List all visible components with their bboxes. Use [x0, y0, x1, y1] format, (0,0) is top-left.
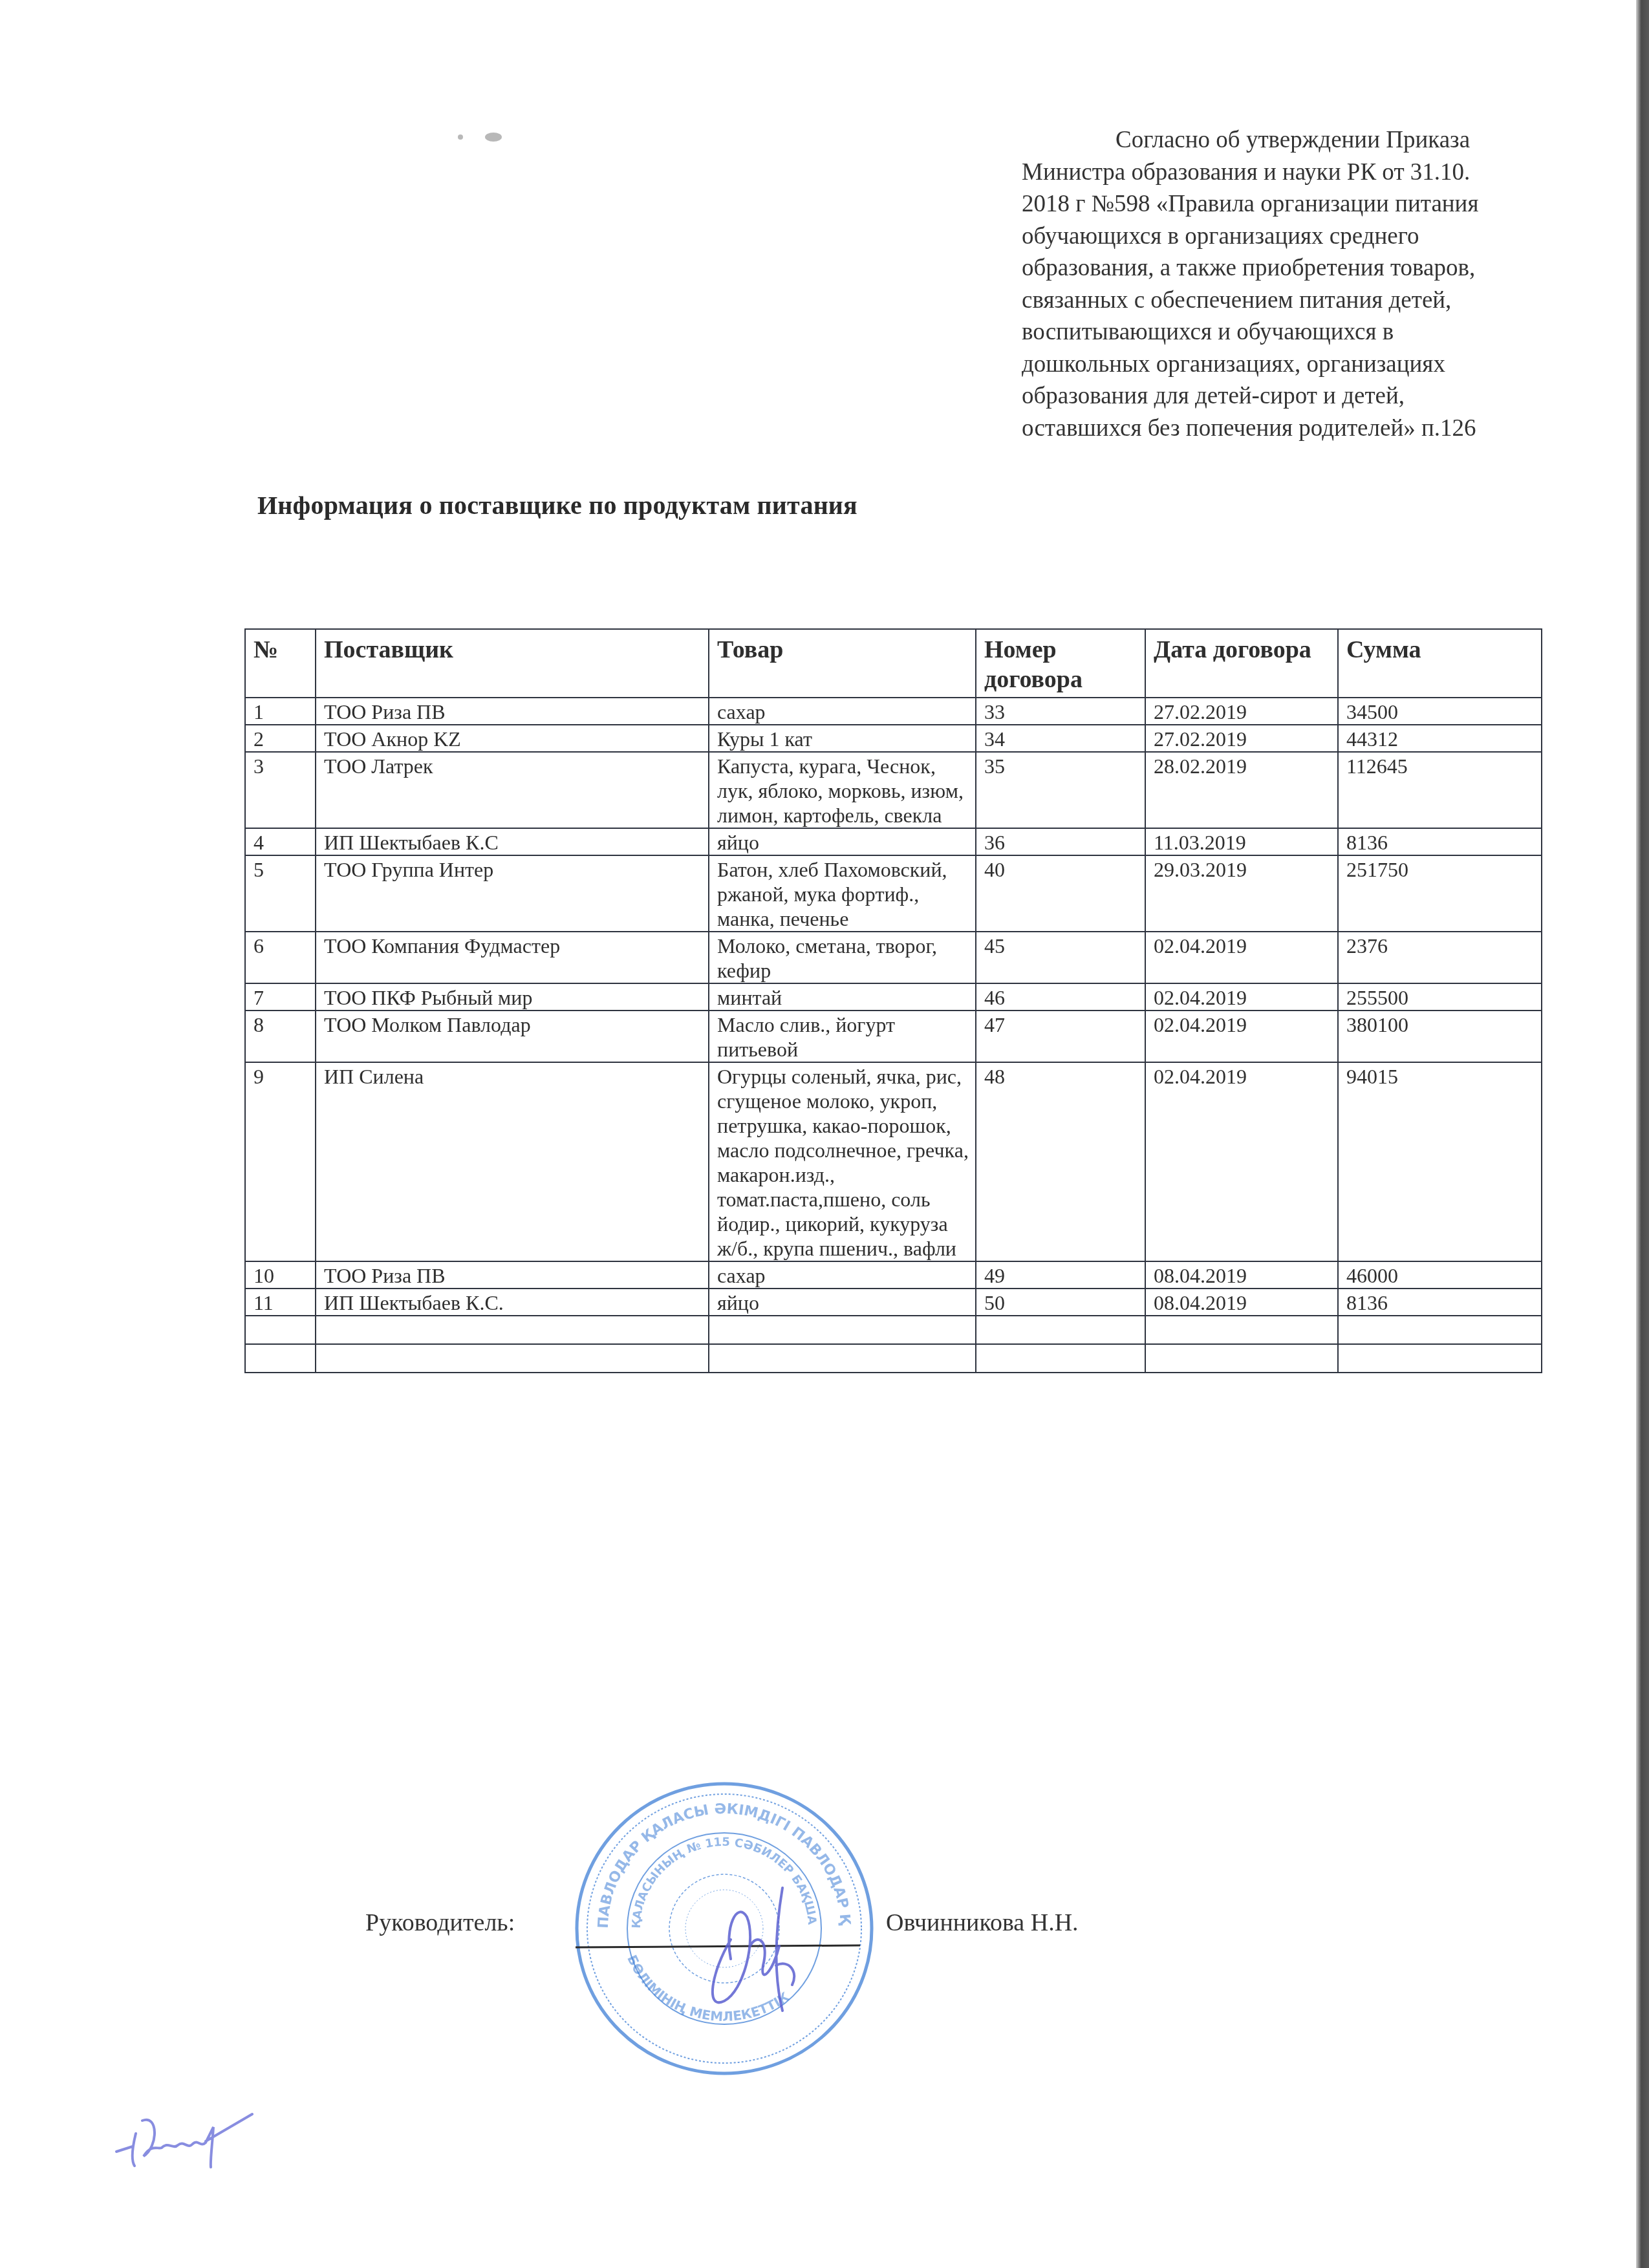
cell-empty: [976, 1344, 1145, 1373]
cell-empty: [1338, 1316, 1542, 1344]
cell-empty: [709, 1316, 976, 1344]
signature-role-label: Руководитель:: [365, 1909, 515, 1937]
handwritten-signature-icon: [685, 1862, 808, 2024]
decree-line: 2018 г №598 «Правила организации питания: [1022, 188, 1513, 220]
cell-goods: минтай: [709, 983, 976, 1011]
cell-contract-number: 34: [976, 725, 1145, 752]
cell-supplier: ИП Силена: [316, 1062, 709, 1261]
cell-goods: Масло слив., йогурт питьевой: [709, 1011, 976, 1062]
cell-supplier: ТОО Группа Интер: [316, 855, 709, 932]
cell-contract-date: 29.03.2019: [1145, 855, 1338, 932]
cell-no: 8: [245, 1011, 316, 1062]
cell-goods: Капуста, курага, Чеснок, лук, яблоко, мо…: [709, 752, 976, 828]
page-title: Информация о поставщике по продуктам пит…: [257, 490, 857, 520]
cell-empty: [316, 1344, 709, 1373]
table-row: 3ТОО ЛатрекКапуста, курага, Чеснок, лук,…: [245, 752, 1542, 828]
cell-amount: 112645: [1338, 752, 1542, 828]
scan-smudge: [485, 133, 502, 142]
supplier-table: № Поставщик Товар Номер договора Дата до…: [244, 628, 1542, 1373]
cell-contract-number: 33: [976, 698, 1145, 725]
cell-empty: [316, 1316, 709, 1344]
cell-goods: Куры 1 кат: [709, 725, 976, 752]
decree-reference: Согласно об утверждении Приказа Министра…: [1022, 124, 1513, 444]
cell-no: 9: [245, 1062, 316, 1261]
cell-contract-date: 08.04.2019: [1145, 1289, 1338, 1316]
table-row: 11ИП Шектыбаев К.С.яйцо5008.04.20198136: [245, 1289, 1542, 1316]
svg-text:ПАВЛОДАР ҚАЛАСЫ ӘКІМДІГІ ПАВЛО: ПАВЛОДАР ҚАЛАСЫ ӘКІМДІГІ ПАВЛОДАР ҚАЛАСЫ…: [569, 1777, 853, 1929]
cell-goods: Огурцы соленый, ячка, рис, сгущеное моло…: [709, 1062, 976, 1261]
cell-goods: яйцо: [709, 1289, 976, 1316]
cell-supplier: ТОО Риза ПВ: [316, 698, 709, 725]
cell-no: 5: [245, 855, 316, 932]
table-row: 5ТОО Группа ИнтерБатон, хлеб Пахомовский…: [245, 855, 1542, 932]
header-contract-number: Номер договора: [976, 629, 1145, 698]
cell-amount: 8136: [1338, 1289, 1542, 1316]
cell-contract-number: 35: [976, 752, 1145, 828]
cell-amount: 44312: [1338, 725, 1542, 752]
cell-goods: сахар: [709, 1261, 976, 1289]
decree-lines: Министра образования и науки РК от 31.10…: [1022, 156, 1513, 445]
decree-line: образования, а также приобретения товаро…: [1022, 252, 1513, 284]
table-body: 1ТОО Риза ПВсахар3327.02.2019345002ТОО А…: [245, 698, 1542, 1373]
cell-contract-number: 50: [976, 1289, 1145, 1316]
table-row: 6ТОО Компания ФудмастерМолоко, сметана, …: [245, 932, 1542, 983]
cell-empty: [1145, 1316, 1338, 1344]
table-row: 2ТОО Акнор KZКуры 1 кат3427.02.201944312: [245, 725, 1542, 752]
header-amount: Сумма: [1338, 629, 1542, 698]
cell-no: 10: [245, 1261, 316, 1289]
cell-no: 11: [245, 1289, 316, 1316]
cell-no: 6: [245, 932, 316, 983]
scan-smudge: [458, 134, 463, 140]
handwritten-initials-icon: [97, 2095, 278, 2172]
signatory-name: Овчинникова Н.Н.: [886, 1909, 1079, 1937]
decree-line: Министра образования и науки РК от 31.10…: [1022, 156, 1513, 189]
cell-no: 1: [245, 698, 316, 725]
cell-amount: 34500: [1338, 698, 1542, 725]
cell-goods: Молоко, сметана, творог, кефир: [709, 932, 976, 983]
cell-amount: 2376: [1338, 932, 1542, 983]
decree-first-line: Согласно об утверждении Приказа: [1022, 124, 1513, 156]
decree-line: обучающихся в организациях среднего: [1022, 220, 1513, 253]
signature-line: [576, 1944, 860, 1948]
table-row-blank: [245, 1344, 1542, 1373]
cell-empty: [245, 1344, 316, 1373]
cell-contract-number: 36: [976, 828, 1145, 855]
cell-contract-date: 02.04.2019: [1145, 983, 1338, 1011]
cell-supplier: ТОО Компания Фудмастер: [316, 932, 709, 983]
cell-no: 7: [245, 983, 316, 1011]
cell-supplier: ТОО ПКФ Рыбный мир: [316, 983, 709, 1011]
table-row: 4ИП Шектыбаев К.Сяйцо3611.03.20198136: [245, 828, 1542, 855]
decree-line: дошкольных организациях, организациях: [1022, 348, 1513, 381]
cell-supplier: ТОО Латрек: [316, 752, 709, 828]
decree-line: воспитывающихся и обучающихся в: [1022, 316, 1513, 348]
table-row: 9ИП СиленаОгурцы соленый, ячка, рис, сгу…: [245, 1062, 1542, 1261]
cell-supplier: ТОО Риза ПВ: [316, 1261, 709, 1289]
cell-contract-date: 11.03.2019: [1145, 828, 1338, 855]
header-goods: Товар: [709, 629, 976, 698]
cell-contract-number: 40: [976, 855, 1145, 932]
header-contract-date: Дата договора: [1145, 629, 1338, 698]
cell-no: 2: [245, 725, 316, 752]
cell-supplier: ТОО Акнор KZ: [316, 725, 709, 752]
cell-goods: сахар: [709, 698, 976, 725]
cell-amount: 94015: [1338, 1062, 1542, 1261]
cell-contract-date: 27.02.2019: [1145, 698, 1338, 725]
cell-supplier: ИП Шектыбаев К.С: [316, 828, 709, 855]
cell-amount: 251750: [1338, 855, 1542, 932]
official-stamp-icon: ПАВЛОДАР ҚАЛАСЫ ӘКІМДІГІ ПАВЛОДАР ҚАЛАСЫ…: [569, 1777, 879, 2081]
cell-contract-number: 48: [976, 1062, 1145, 1261]
decree-line: связанных с обеспечением питания детей,: [1022, 284, 1513, 317]
cell-empty: [1145, 1344, 1338, 1373]
cell-contract-number: 45: [976, 932, 1145, 983]
table-row: 10ТОО Риза ПВсахар4908.04.201946000: [245, 1261, 1542, 1289]
cell-goods: Батон, хлеб Пахомовский, ржаной, мука фо…: [709, 855, 976, 932]
cell-amount: 46000: [1338, 1261, 1542, 1289]
svg-text:БӨЛІМІНІҢ МЕМЛЕКЕТТІК: БӨЛІМІНІҢ МЕМЛЕКЕТТІК: [624, 1952, 792, 2024]
table-header-row: № Поставщик Товар Номер договора Дата до…: [245, 629, 1542, 698]
cell-amount: 8136: [1338, 828, 1542, 855]
cell-contract-date: 28.02.2019: [1145, 752, 1338, 828]
cell-contract-number: 49: [976, 1261, 1145, 1289]
decree-line: оставшихся без попечения родителей» п.12…: [1022, 412, 1513, 445]
cell-goods: яйцо: [709, 828, 976, 855]
cell-contract-date: 02.04.2019: [1145, 1011, 1338, 1062]
cell-amount: 380100: [1338, 1011, 1542, 1062]
table-row-blank: [245, 1316, 1542, 1344]
table-row: 1ТОО Риза ПВсахар3327.02.201934500: [245, 698, 1542, 725]
cell-empty: [709, 1344, 976, 1373]
header-supplier: Поставщик: [316, 629, 709, 698]
table-row: 8ТОО Молком ПавлодарМасло слив., йогурт …: [245, 1011, 1542, 1062]
cell-contract-date: 02.04.2019: [1145, 1062, 1338, 1261]
svg-text:ҚАЛАСЫНЫҢ № 115 СӘБИЛЕР БАҚШАС: ҚАЛАСЫНЫҢ № 115 СӘБИЛЕР БАҚШАСЫ: [569, 1777, 819, 1929]
table-row: 7ТОО ПКФ Рыбный мирминтай4602.04.2019255…: [245, 983, 1542, 1011]
cell-no: 3: [245, 752, 316, 828]
cell-no: 4: [245, 828, 316, 855]
cell-supplier: ИП Шектыбаев К.С.: [316, 1289, 709, 1316]
cell-empty: [976, 1316, 1145, 1344]
decree-line: образования для детей-сирот и детей,: [1022, 380, 1513, 412]
cell-amount: 255500: [1338, 983, 1542, 1011]
header-no: №: [245, 629, 316, 698]
cell-contract-number: 47: [976, 1011, 1145, 1062]
cell-contract-date: 02.04.2019: [1145, 932, 1338, 983]
cell-contract-date: 27.02.2019: [1145, 725, 1338, 752]
cell-empty: [1338, 1344, 1542, 1373]
cell-supplier: ТОО Молком Павлодар: [316, 1011, 709, 1062]
scan-edge-border: [1636, 0, 1649, 2268]
cell-contract-number: 46: [976, 983, 1145, 1011]
cell-empty: [245, 1316, 316, 1344]
cell-contract-date: 08.04.2019: [1145, 1261, 1338, 1289]
